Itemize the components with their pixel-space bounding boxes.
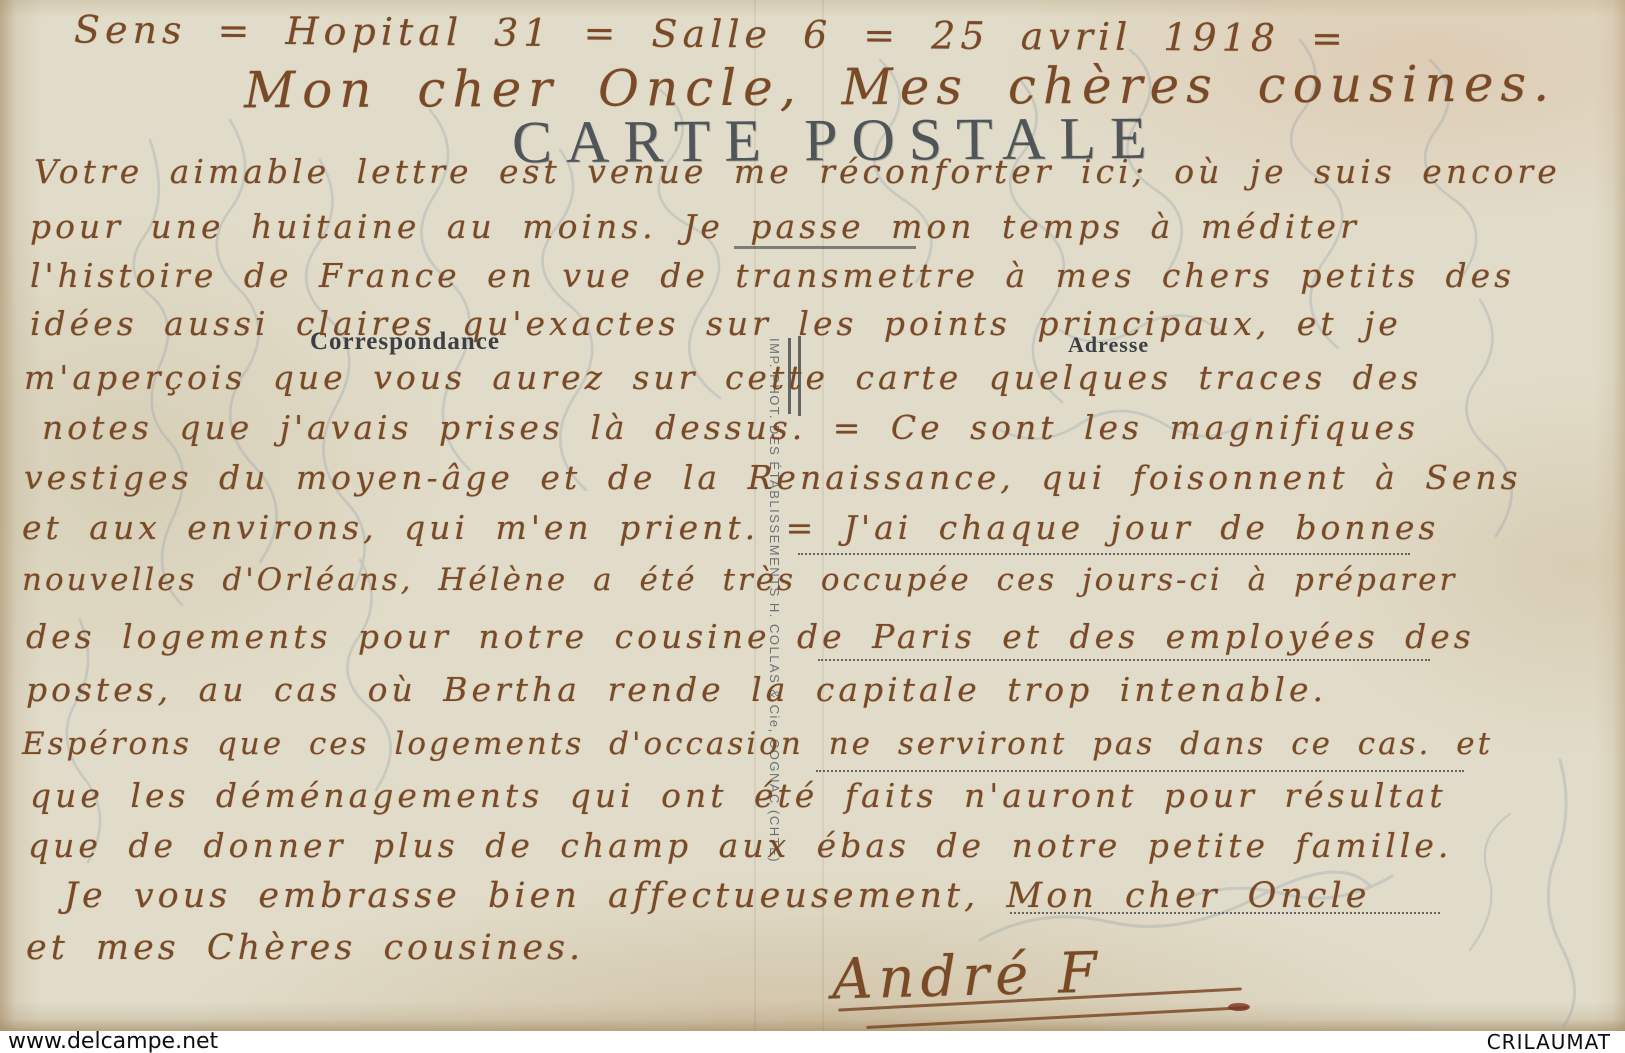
postcard-paper: CARTE POSTALE Correspondance Adresse IMP… <box>0 0 1625 1031</box>
seller-watermark: CRILAUMAT <box>1487 1031 1611 1053</box>
handwritten-line: idées aussi claires qu'exactes sur les p… <box>30 304 1402 343</box>
handwritten-dateline: Sens = Hopital 31 = Salle 6 = 25 avril 1… <box>74 8 1348 61</box>
handwritten-line: nouvelles d'Orléans, Hélène a été très o… <box>22 562 1457 598</box>
address-dotted-line <box>818 659 1430 661</box>
handwritten-line: vestiges du moyen-âge et de la Renaissan… <box>24 458 1522 497</box>
handwritten-line: et mes Chères cousines. <box>26 928 584 968</box>
postcard-scan: CARTE POSTALE Correspondance Adresse IMP… <box>0 0 1625 1053</box>
address-dotted-line <box>798 553 1410 555</box>
handwritten-line: Votre aimable lettre est venue me réconf… <box>34 152 1561 191</box>
handwritten-line: Je vous embrasse bien affectueusement, M… <box>64 876 1370 916</box>
handwritten-line: l'histoire de France en vue de transmett… <box>30 256 1515 295</box>
paper-speck <box>1228 1003 1250 1011</box>
handwritten-line: postes, au cas où Bertha rende la capita… <box>26 670 1327 709</box>
handwritten-line: notes que j'avais prises là dessus. = Ce… <box>42 408 1419 447</box>
address-dotted-line <box>734 246 916 249</box>
handwritten-line: Espérons que ces logements d'occasion ne… <box>22 726 1493 762</box>
handwritten-line: m'aperçois que vous aurez sur cette cart… <box>24 358 1422 397</box>
address-dotted-line <box>816 770 1464 772</box>
handwritten-line: que les déménagements qui ont été faits … <box>30 776 1447 815</box>
handwritten-line: que de donner plus de champ aux ébas de … <box>28 826 1452 865</box>
handwritten-line: et aux environs, qui m'en prient. = J'ai… <box>22 508 1439 547</box>
handwritten-line: des logements pour notre cousine de Pari… <box>26 617 1475 656</box>
handwritten-line: pour une huitaine au moins. Je passe mon… <box>30 207 1360 246</box>
watermark-strip: www.delcampe.net CRILAUMAT <box>0 1031 1625 1053</box>
handwritten-salutation: Mon cher Oncle, Mes chères cousines. <box>244 55 1556 120</box>
delcampe-watermark: www.delcampe.net <box>8 1031 218 1053</box>
